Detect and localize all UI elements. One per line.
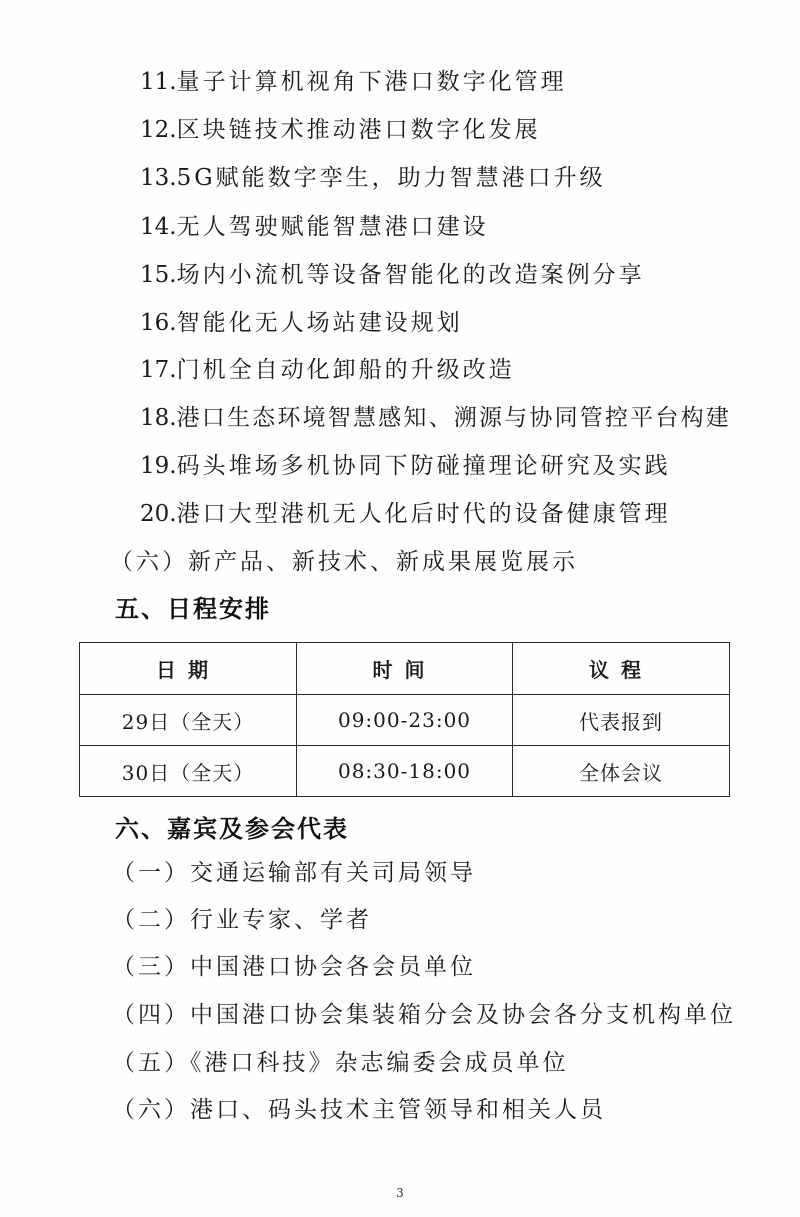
guest-item-4: （四）中国港口协会集装箱分会及协会各分支机构单位 <box>112 1000 736 1030</box>
table-header-row: 日期 时间 议程 <box>80 643 730 695</box>
topic-number: 20. <box>140 501 177 527</box>
table-row: 30日（全天） 08:30-18:00 全体会议 <box>80 746 730 797</box>
column-header-time: 时间 <box>297 643 513 695</box>
topic-text: 无人驾驶赋能智慧港口建设 <box>177 214 489 240</box>
topic-item-17: 17.门机全自动化卸船的升级改造 <box>140 355 515 385</box>
cell-time: 09:00-23:00 <box>297 695 513 746</box>
topic-text: 量子计算机视角下港口数字化管理 <box>177 69 567 95</box>
cell-date: 29日（全天） <box>80 695 297 746</box>
guest-item-5: （五）《港口科技》杂志编委会成员单位 <box>112 1048 569 1078</box>
topic-text: 智能化无人场站建设规划 <box>177 310 463 336</box>
guest-item-6: （六）港口、码头技术主管领导和相关人员 <box>112 1095 606 1125</box>
topic-number: 13. <box>140 165 177 191</box>
topic-item-12: 12.区块链技术推动港口数字化发展 <box>140 115 541 145</box>
topic-item-19: 19.码头堆场多机协同下防碰撞理论研究及实践 <box>140 451 671 481</box>
guest-item-3: （三）中国港口协会各会员单位 <box>112 952 476 982</box>
topic-item-15: 15.场内小流机等设备智能化的改造案例分享 <box>140 260 645 290</box>
topic-item-11: 11.量子计算机视角下港口数字化管理 <box>140 67 567 97</box>
topic-number: 15. <box>140 262 177 288</box>
cell-agenda: 代表报到 <box>513 695 730 746</box>
section-heading-guests: 六、嘉宾及参会代表 <box>115 814 349 844</box>
topic-text: 场内小流机等设备智能化的改造案例分享 <box>177 262 645 288</box>
topic-number: 18. <box>140 405 177 431</box>
topic-text: 港口生态环境智慧感知、溯源与协同管控平台构建 <box>177 405 731 431</box>
topic-text: 码头堆场多机协同下防碰撞理论研究及实践 <box>177 453 671 479</box>
topic-item-14: 14.无人驾驶赋能智慧港口建设 <box>140 212 489 242</box>
topic-number: 14. <box>140 214 177 240</box>
document-page: 11.量子计算机视角下港口数字化管理 12.区块链技术推动港口数字化发展 13.… <box>0 0 800 1217</box>
cell-agenda: 全体会议 <box>513 746 730 797</box>
column-header-date: 日期 <box>80 643 297 695</box>
topic-item-13: 13.5G赋能数字孪生，助力智慧港口升级 <box>140 163 606 193</box>
topic-item-20: 20.港口大型港机无人化后时代的设备健康管理 <box>140 499 671 529</box>
topic-number: 11. <box>140 69 177 95</box>
topic-item-18: 18.港口生态环境智慧感知、溯源与协同管控平台构建 <box>140 403 731 433</box>
topic-text: 港口大型港机无人化后时代的设备健康管理 <box>177 501 671 527</box>
guest-item-1: （一）交通运输部有关司局领导 <box>112 858 476 888</box>
topic-number: 19. <box>140 453 177 479</box>
cell-time: 08:30-18:00 <box>297 746 513 797</box>
guest-item-2: （二）行业专家、学者 <box>112 905 372 935</box>
topic-number: 12. <box>140 117 177 143</box>
section-heading-schedule: 五、日程安排 <box>115 594 271 624</box>
topic-item-16: 16.智能化无人场站建设规划 <box>140 308 463 338</box>
topic-text: 区块链技术推动港口数字化发展 <box>177 117 541 143</box>
page-number: 3 <box>0 1186 800 1200</box>
column-header-agenda: 议程 <box>513 643 730 695</box>
topic-number: 17. <box>140 357 177 383</box>
topic-number: 16. <box>140 310 177 336</box>
cell-date: 30日（全天） <box>80 746 297 797</box>
topic-text: 门机全自动化卸船的升级改造 <box>177 357 515 383</box>
topic-text: 5G赋能数字孪生，助力智慧港口升级 <box>177 165 606 191</box>
schedule-table: 日期 时间 议程 29日（全天） 09:00-23:00 代表报到 30日（全天… <box>79 642 730 797</box>
table-row: 29日（全天） 09:00-23:00 代表报到 <box>80 695 730 746</box>
subsection-exhibition: （六）新产品、新技术、新成果展览展示 <box>110 547 578 577</box>
